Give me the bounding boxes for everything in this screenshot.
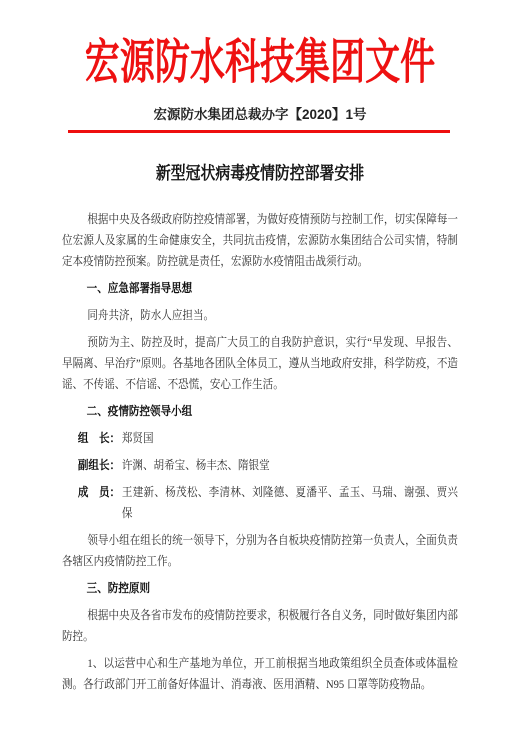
paragraph: 根据中央及各级政府防控疫情部署，为做好疫情预防与控制工作，切实保障每一位宏源人及… [62,209,458,272]
paragraph: 根据中央及各省市发布的疫情防控要求，积极履行各自义务，同时做好集团内部防控。 [62,605,458,647]
kv-value: 许渊、胡希宝、杨丰杰、隋银堂 [122,458,270,472]
document-title: 新型冠状病毒疫情防控部署安排 [39,162,481,185]
section-heading: 三、防控原则 [62,578,458,599]
document-page: 宏源防水科技集团文件 宏源防水集团总裁办字【2020】1号 新型冠状病毒疫情防控… [0,0,520,735]
kv-label: 组 长： [78,428,120,449]
document-org-title: 宏源防水科技集团文件 [70,36,450,90]
kv-label: 成 员： [78,482,120,503]
kv-row: 副组长：许渊、胡希宝、杨丰杰、隋银堂 [62,455,458,476]
kv-row: 组 长：郑贤国 [62,428,458,449]
kv-value: 郑贤国 [122,431,154,445]
kv-value: 王建新、杨茂松、李清林、刘隆德、夏潘平、孟玉、马瑞、谢强、贾兴保 [122,485,458,520]
document-number: 宏源防水集团总裁办字【2020】1号 [0,106,520,123]
paragraph: 1、以运营中心和生产基地为单位，开工前根据当地政策组织全员查体或体温检测。各行政… [62,653,458,695]
kv-label: 副组长： [78,455,120,476]
section-heading: 一、应急部署指导思想 [62,278,458,299]
section-heading: 二、疫情防控领导小组 [62,401,458,422]
paragraph: 领导小组在组长的统一领导下，分别为各自板块疫情防控第一负责人，全面负责各辖区内疫… [62,530,458,572]
paragraph: 预防为主、防控及时，提高广大员工的自我防护意识，实行“早发现、早报告、早隔离、早… [62,332,458,395]
paragraph: 同舟共济，防水人应担当。 [62,305,458,326]
kv-row: 成 员：王建新、杨茂松、李清林、刘隆德、夏潘平、孟玉、马瑞、谢强、贾兴保 [62,482,458,524]
document-body: 根据中央及各级政府防控疫情部署，为做好疫情预防与控制工作，切实保障每一位宏源人及… [62,209,458,695]
red-divider-line [68,130,450,133]
